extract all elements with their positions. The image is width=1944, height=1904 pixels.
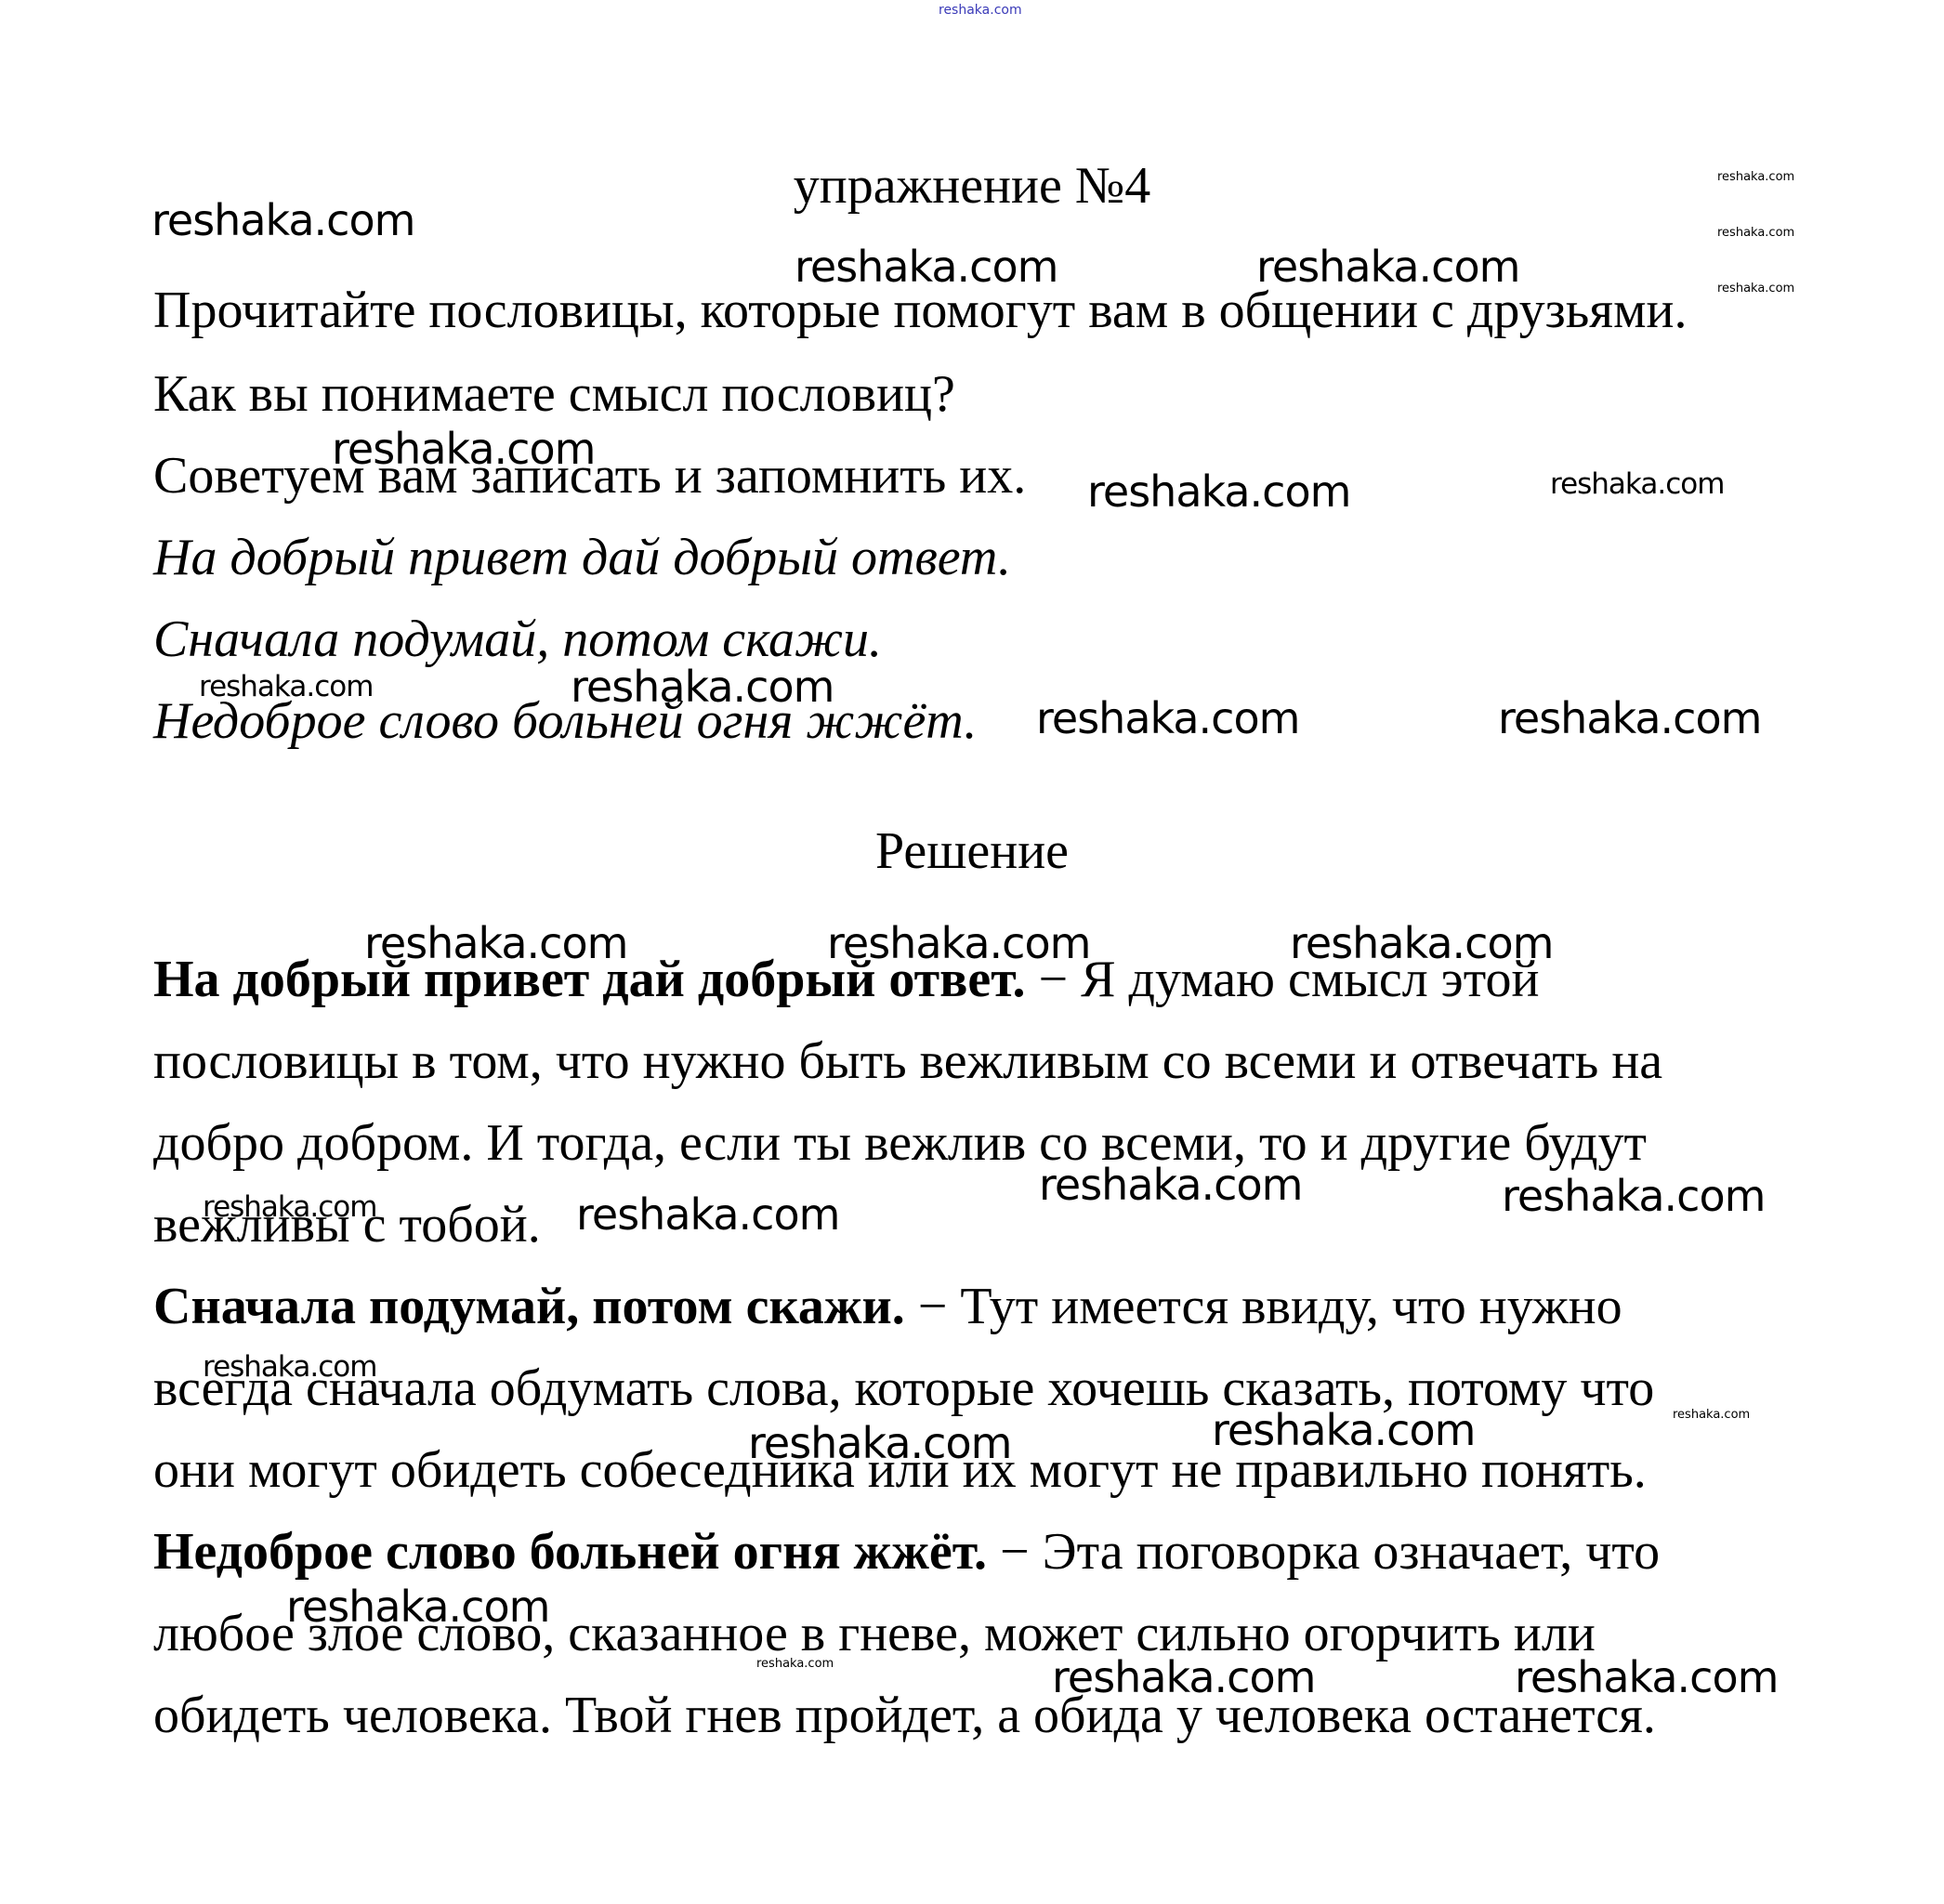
watermark: reshaka.com xyxy=(827,922,1090,965)
watermark: reshaka.com xyxy=(1717,227,1794,239)
watermark: reshaka.com xyxy=(1515,1656,1778,1699)
watermark: reshaka.com xyxy=(151,199,414,242)
solution-text: − Тут имеется ввиду, что нужно xyxy=(905,1278,1622,1335)
watermark: reshaka.com xyxy=(571,665,834,708)
watermark: reshaka.com xyxy=(1717,171,1794,183)
watermark: reshaka.com xyxy=(1550,470,1724,499)
task-line: Прочитайте пословицы, которые помогут ва… xyxy=(153,284,1687,336)
solution-line: обидеть человека. Твой гнев пройдет, а о… xyxy=(153,1689,1656,1741)
watermark: reshaka.com xyxy=(576,1193,839,1236)
solution-text: − Эта поговорка означает, что xyxy=(987,1523,1660,1581)
watermark: reshaka.com xyxy=(795,245,1057,288)
watermark: reshaka.com xyxy=(1039,1163,1302,1206)
solution-heading: Решение xyxy=(0,825,1944,877)
watermark: reshaka.com xyxy=(1673,1409,1750,1421)
watermark: reshaka.com xyxy=(1052,1656,1315,1699)
proverb: На добрый привет дай добрый ответ. xyxy=(153,532,1011,584)
watermark: reshaka.com xyxy=(203,1193,376,1222)
watermark: reshaka.com xyxy=(1717,282,1794,295)
solution-proverb: Недоброе слово больней огня жжёт. xyxy=(153,1523,987,1581)
watermark: reshaka.com xyxy=(1256,245,1519,288)
solution-paragraph-2: Сначала подумай, потом скажи. − Тут имее… xyxy=(153,1280,1622,1333)
watermark: reshaka.com xyxy=(1502,1175,1765,1217)
site-watermark: reshaka.com xyxy=(939,4,1022,17)
watermark: reshaka.com xyxy=(1498,697,1761,740)
watermark: reshaka.com xyxy=(1087,470,1350,513)
watermark: reshaka.com xyxy=(1212,1409,1475,1451)
watermark: reshaka.com xyxy=(199,673,373,702)
solution-paragraph-3: Недоброе слово больней огня жжёт. − Эта … xyxy=(153,1526,1660,1578)
solution-line: добро добром. И тогда, если ты вежлив со… xyxy=(153,1117,1647,1169)
watermark: reshaka.com xyxy=(756,1658,834,1670)
proverb: Сначала подумай, потом скажи. xyxy=(153,613,882,665)
watermark: reshaka.com xyxy=(286,1585,549,1628)
solution-line: пословицы в том, что нужно быть вежливым… xyxy=(153,1035,1662,1087)
task-line: Как вы понимаете смысл пословиц? xyxy=(153,368,955,420)
watermark: reshaka.com xyxy=(1290,922,1553,965)
watermark: reshaka.com xyxy=(364,922,627,965)
solution-proverb: Сначала подумай, потом скажи. xyxy=(153,1278,905,1335)
watermark: reshaka.com xyxy=(332,427,595,470)
watermark: reshaka.com xyxy=(203,1353,376,1382)
watermark: reshaka.com xyxy=(748,1422,1011,1464)
watermark: reshaka.com xyxy=(1036,697,1299,740)
